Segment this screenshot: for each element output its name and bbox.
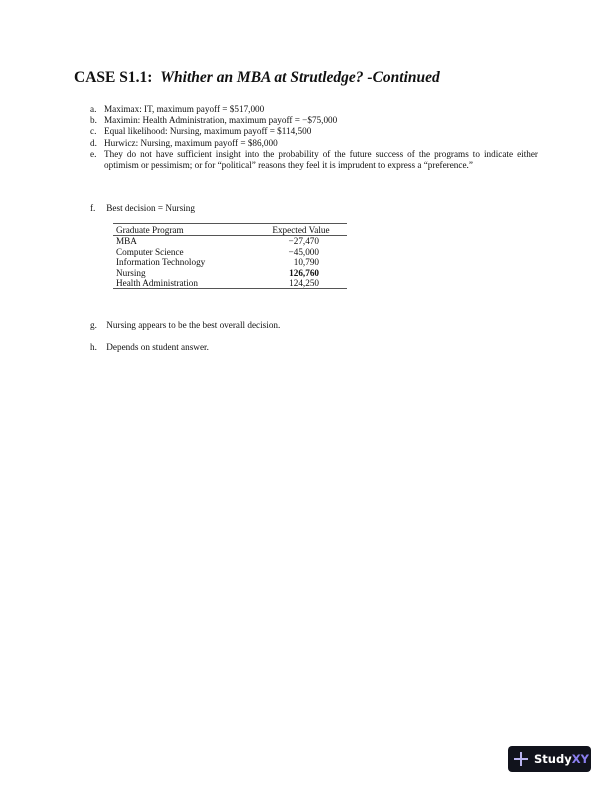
answer-label: a.	[90, 104, 104, 115]
brand-main: Study	[534, 752, 572, 766]
answer-text: Equal likelihood: Nursing, maximum payof…	[104, 126, 538, 137]
value-cell: 10,790	[254, 257, 347, 267]
answer-e: e. They do not have sufficient insight i…	[90, 149, 538, 171]
answer-label: c.	[90, 126, 104, 137]
answer-text: Hurwicz: Nursing, maximum payoff = $86,0…	[104, 138, 538, 149]
program-cell: Health Administration	[113, 278, 254, 289]
answer-f: f. Best decision = Nursing	[90, 203, 195, 214]
value-cell-best: 126,760	[254, 268, 347, 278]
program-cell: Computer Science	[113, 247, 254, 257]
case-label: CASE S1.1:	[74, 69, 152, 86]
answer-text: Maximax: IT, maximum payoff = $517,000	[104, 104, 538, 115]
answer-a: a. Maximax: IT, maximum payoff = $517,00…	[90, 104, 538, 115]
plus-icon	[514, 752, 528, 766]
answer-label: d.	[90, 138, 104, 149]
table-row: Health Administration 124,250	[113, 278, 347, 289]
answer-text: Best decision = Nursing	[106, 203, 195, 213]
answer-c: c. Equal likelihood: Nursing, maximum pa…	[90, 126, 538, 137]
header-expected-value: Expected Value	[254, 224, 347, 236]
brand-accent: XY	[572, 752, 589, 766]
value-cell: −45,000	[254, 247, 347, 257]
answer-text: Depends on student answer.	[106, 342, 209, 352]
value-cell: 124,250	[254, 278, 347, 289]
table-row: Nursing 126,760	[113, 268, 347, 278]
answer-label: g.	[90, 320, 104, 331]
program-cell: Information Technology	[113, 257, 254, 267]
answer-b: b. Maximin: Health Administration, maxim…	[90, 115, 538, 126]
expected-value-table: Graduate Program Expected Value MBA −27,…	[113, 223, 347, 289]
answer-d: d. Hurwicz: Nursing, maximum payoff = $8…	[90, 138, 538, 149]
answer-label: b.	[90, 115, 104, 126]
program-cell: Nursing	[113, 268, 254, 278]
page-title: CASE S1.1: Whither an MBA at Strutledge?…	[74, 69, 440, 87]
table-row: Information Technology 10,790	[113, 257, 347, 267]
answer-text: Nursing appears to be the best overall d…	[106, 320, 280, 330]
answer-g: g. Nursing appears to be the best overal…	[90, 320, 280, 331]
answer-text: They do not have sufficient insight into…	[104, 149, 538, 171]
answer-label: h.	[90, 342, 104, 353]
header-graduate-program: Graduate Program	[113, 224, 254, 236]
program-cell: MBA	[113, 236, 254, 247]
table-row: Computer Science −45,000	[113, 247, 347, 257]
answer-list: a. Maximax: IT, maximum payoff = $517,00…	[90, 104, 538, 171]
table-header-row: Graduate Program Expected Value	[113, 224, 347, 236]
value-cell: −27,470	[254, 236, 347, 247]
table-row: MBA −27,470	[113, 236, 347, 247]
case-title: Whither an MBA at Strutledge? -Continued	[160, 69, 440, 86]
studyxy-watermark[interactable]: StudyXY	[508, 746, 591, 772]
answer-label: e.	[90, 149, 104, 171]
answer-h: h. Depends on student answer.	[90, 342, 209, 353]
answer-label: f.	[90, 203, 104, 214]
answer-text: Maximin: Health Administration, maximum …	[104, 115, 538, 126]
